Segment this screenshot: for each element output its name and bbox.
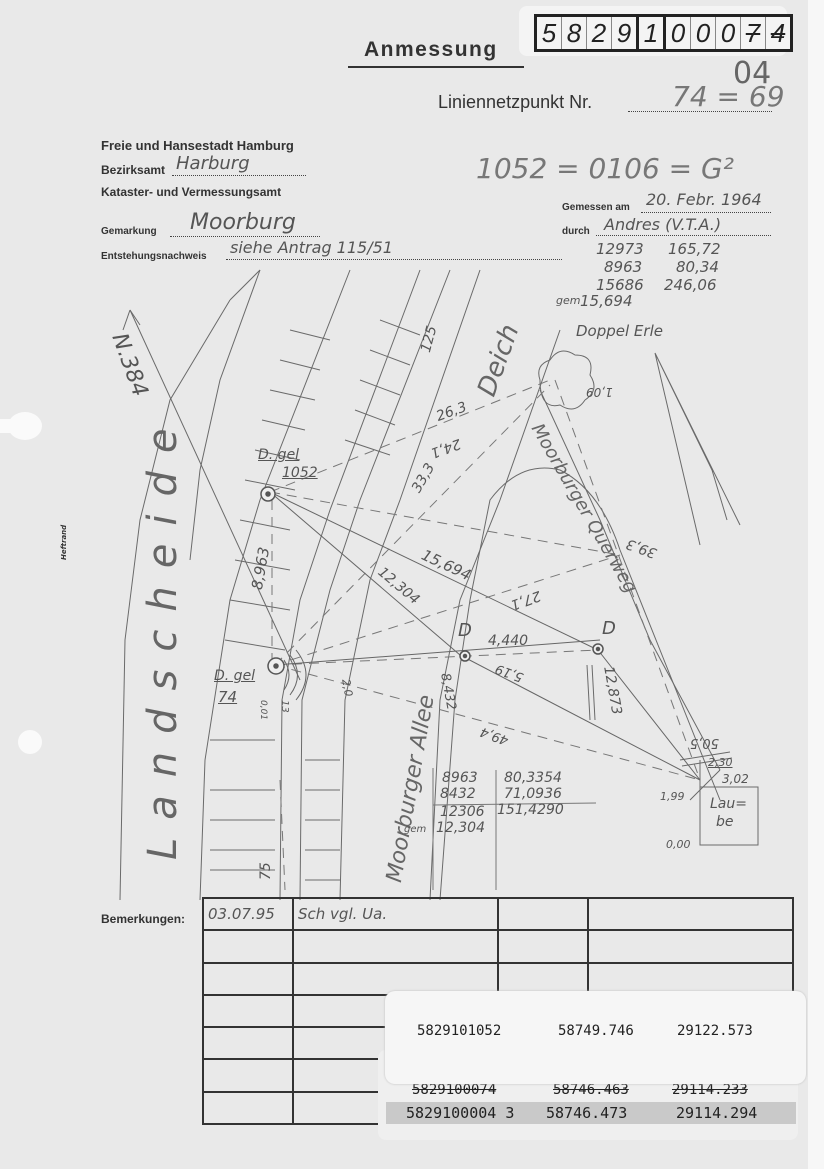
remarks-cell <box>203 995 293 1027</box>
current-entry-x: 58746.473 <box>546 1104 627 1122</box>
remarks-cell <box>588 898 793 930</box>
new-entry-id: 5829101052 <box>417 1023 501 1039</box>
remarks-row: 03.07.95Sch vgl. Ua. <box>203 898 793 930</box>
remarks-cell: Sch vgl. Ua. <box>293 898 498 930</box>
calc-bottom-r1c2: 80,3354 <box>504 770 562 786</box>
remarks-cell <box>203 930 293 962</box>
remarks-cell <box>203 1027 293 1059</box>
calc-bottom-r2c1: 8432 <box>440 786 476 802</box>
calc-bottom-lines <box>0 0 824 900</box>
scan-edge <box>808 0 824 1169</box>
remarks-row <box>203 930 793 962</box>
remarks-cell <box>498 963 588 995</box>
remarks-cell <box>203 1092 293 1124</box>
new-entry-y: 29122.573 <box>677 1023 753 1039</box>
remarks-cell <box>498 930 588 962</box>
current-entry-id: 5829100004 3 <box>406 1104 514 1122</box>
calc-bottom-gem-label: gem <box>404 824 426 835</box>
old-entry-y: 29114.233 <box>672 1082 748 1098</box>
remarks-cell <box>588 963 793 995</box>
calc-bottom-r1c1: 8963 <box>442 770 478 786</box>
calc-bottom-r3c1: 12306 <box>440 804 485 820</box>
current-entry-y: 29114.294 <box>676 1104 757 1122</box>
remarks-cell <box>203 1059 293 1091</box>
calc-bottom-r2c2: 71,0936 <box>504 786 562 802</box>
remarks-cell <box>498 898 588 930</box>
new-entry-x: 58749.746 <box>558 1023 634 1039</box>
remarks-label: Bemerkungen: <box>101 912 185 926</box>
remarks-cell: 03.07.95 <box>203 898 293 930</box>
calc-bottom-r3c2: 151,4290 <box>497 802 564 818</box>
remarks-cell <box>293 963 498 995</box>
old-entry-x: 58746.463 <box>553 1082 629 1098</box>
remarks-cell <box>588 930 793 962</box>
remarks-cell <box>203 963 293 995</box>
remarks-cell <box>293 930 498 962</box>
document-page: Heftrand 5829100074 Anmessung 04 Linienn… <box>0 0 808 1169</box>
old-entry-id: 5829100074 <box>412 1082 496 1098</box>
remarks-row <box>203 963 793 995</box>
calc-bottom-gem-value: 12,304 <box>436 820 485 836</box>
